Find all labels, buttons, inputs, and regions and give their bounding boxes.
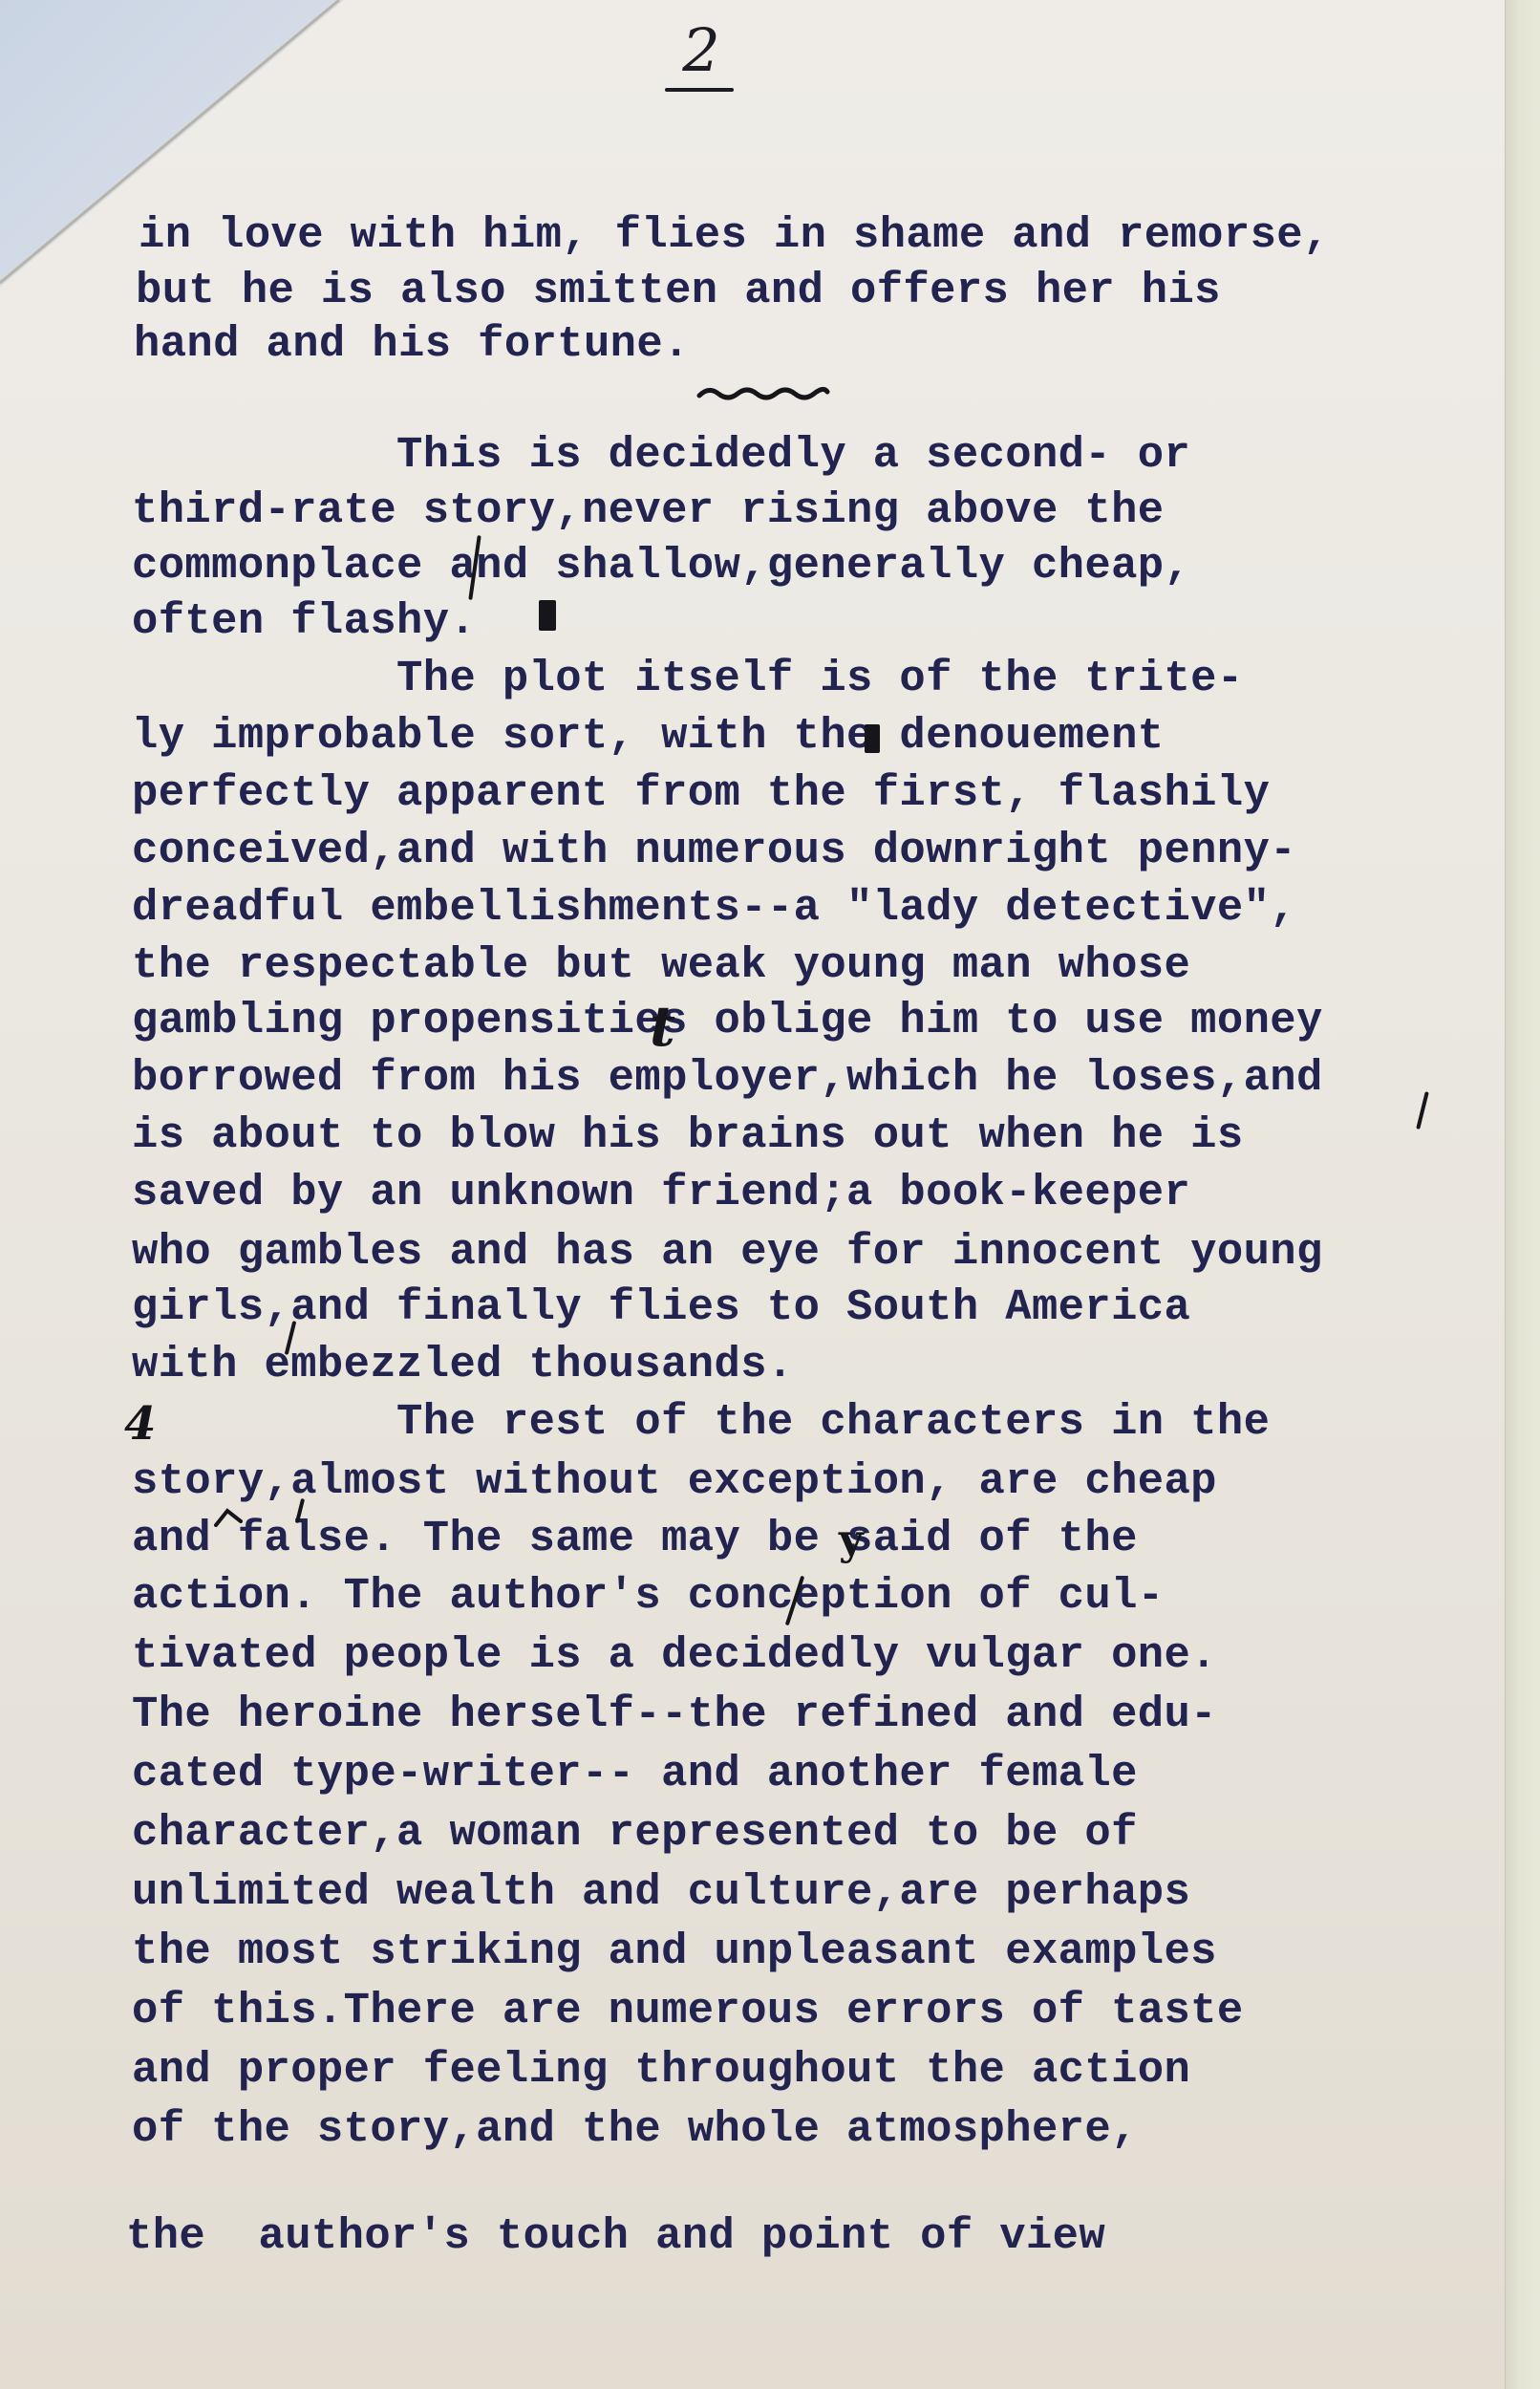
text-line: conceived,and with numerous downright pe…: [132, 824, 1296, 877]
text-line: unlimited wealth and culture,are perhaps: [132, 1865, 1190, 1919]
text-line: borrowed from his employer,which he lose…: [132, 1051, 1323, 1105]
pen-paragraph-mark: [539, 600, 556, 631]
paragraph-margin-number: 4: [124, 1397, 156, 1451]
text-line: action. The author's conception of cul-: [132, 1569, 1164, 1623]
text-line: story,almost without exception, are chea…: [132, 1454, 1217, 1508]
text-line: and proper feeling throughout the action: [132, 2043, 1190, 2097]
handwritten-squiggle-mark: [695, 384, 831, 403]
text-line: of the story,and the whole atmosphere,: [132, 2102, 1138, 2156]
text-line: tivated people is a decidedly vulgar one…: [132, 1628, 1217, 1682]
text-line: The rest of the characters in the: [132, 1395, 1270, 1449]
text-line: third-rate story,never rising above the: [132, 484, 1164, 537]
text-line: commonplace and shallow,generally cheap,: [132, 539, 1190, 592]
inserted-y-mark: y: [839, 1516, 864, 1564]
text-line: The heroine herself--the refined and edu…: [132, 1688, 1217, 1741]
text-line: perfectly apparent from the first, flash…: [132, 766, 1270, 820]
text-line: cated type-writer-- and another female: [132, 1747, 1138, 1800]
text-line: gambling propensities oblige him to use …: [132, 994, 1323, 1047]
text-line: and false. The same may be said of the: [132, 1512, 1138, 1565]
pen-caret-mark: [214, 1508, 243, 1527]
text-line: who gambles and has an eye for innocent …: [132, 1225, 1323, 1279]
inserted-t-mark: t: [650, 994, 675, 1059]
text-line: ly improbable sort, with the denouement: [132, 709, 1164, 763]
text-line: with embezzled thousands.: [132, 1338, 794, 1391]
pen-deletion-block: [865, 724, 880, 753]
text-line: This is decidedly a second- or: [132, 428, 1190, 482]
text-line: saved by an unknown friend;a book-keeper: [132, 1166, 1190, 1219]
text-line: The plot itself is of the trite-: [132, 652, 1244, 705]
text-line: in love with him, flies in shame and rem…: [139, 208, 1330, 262]
text-line: the author's touch and point of view: [126, 2209, 1105, 2263]
typed-text-body: in love with him, flies in shame and rem…: [0, 0, 1540, 1938]
text-line: of this.There are numerous errors of tas…: [132, 1984, 1244, 2037]
text-line: often flashy.: [132, 594, 476, 648]
text-line: the most striking and unpleasant example…: [132, 1925, 1217, 1978]
text-line: hand and his fortune.: [134, 317, 690, 371]
text-line: but he is also smitten and offers her hi…: [136, 264, 1221, 317]
text-line: is about to blow his brains out when he …: [132, 1108, 1244, 1162]
text-line: the respectable but weak young man whose: [132, 938, 1190, 992]
text-line: character,a woman represented to be of: [132, 1806, 1138, 1860]
text-line: dreadful embellishments--a "lady detecti…: [132, 881, 1296, 935]
